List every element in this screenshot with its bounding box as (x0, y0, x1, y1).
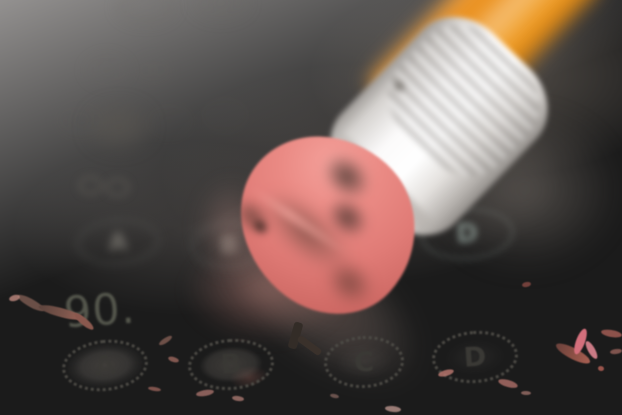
eraser-shaving (521, 391, 531, 395)
bubble-letter: A (108, 227, 128, 256)
bubble-letter: A (93, 349, 117, 382)
blurred-bubble (148, 106, 190, 136)
blurred-bubble (136, 58, 170, 82)
blurred-bubble (86, 56, 128, 84)
blurred-number-mark (78, 176, 103, 195)
blurred-pencil-smudge (92, 108, 146, 146)
blurred-bubble (203, 100, 247, 130)
blurred-number-mark (105, 178, 130, 197)
bubble-letter: B (220, 348, 243, 380)
bubble-letter: C (353, 346, 374, 378)
eraser-shaving (598, 366, 604, 371)
answer-sheet-photo: A B D 90. A B C D (0, 0, 622, 415)
bubble-letter: D (463, 341, 488, 373)
